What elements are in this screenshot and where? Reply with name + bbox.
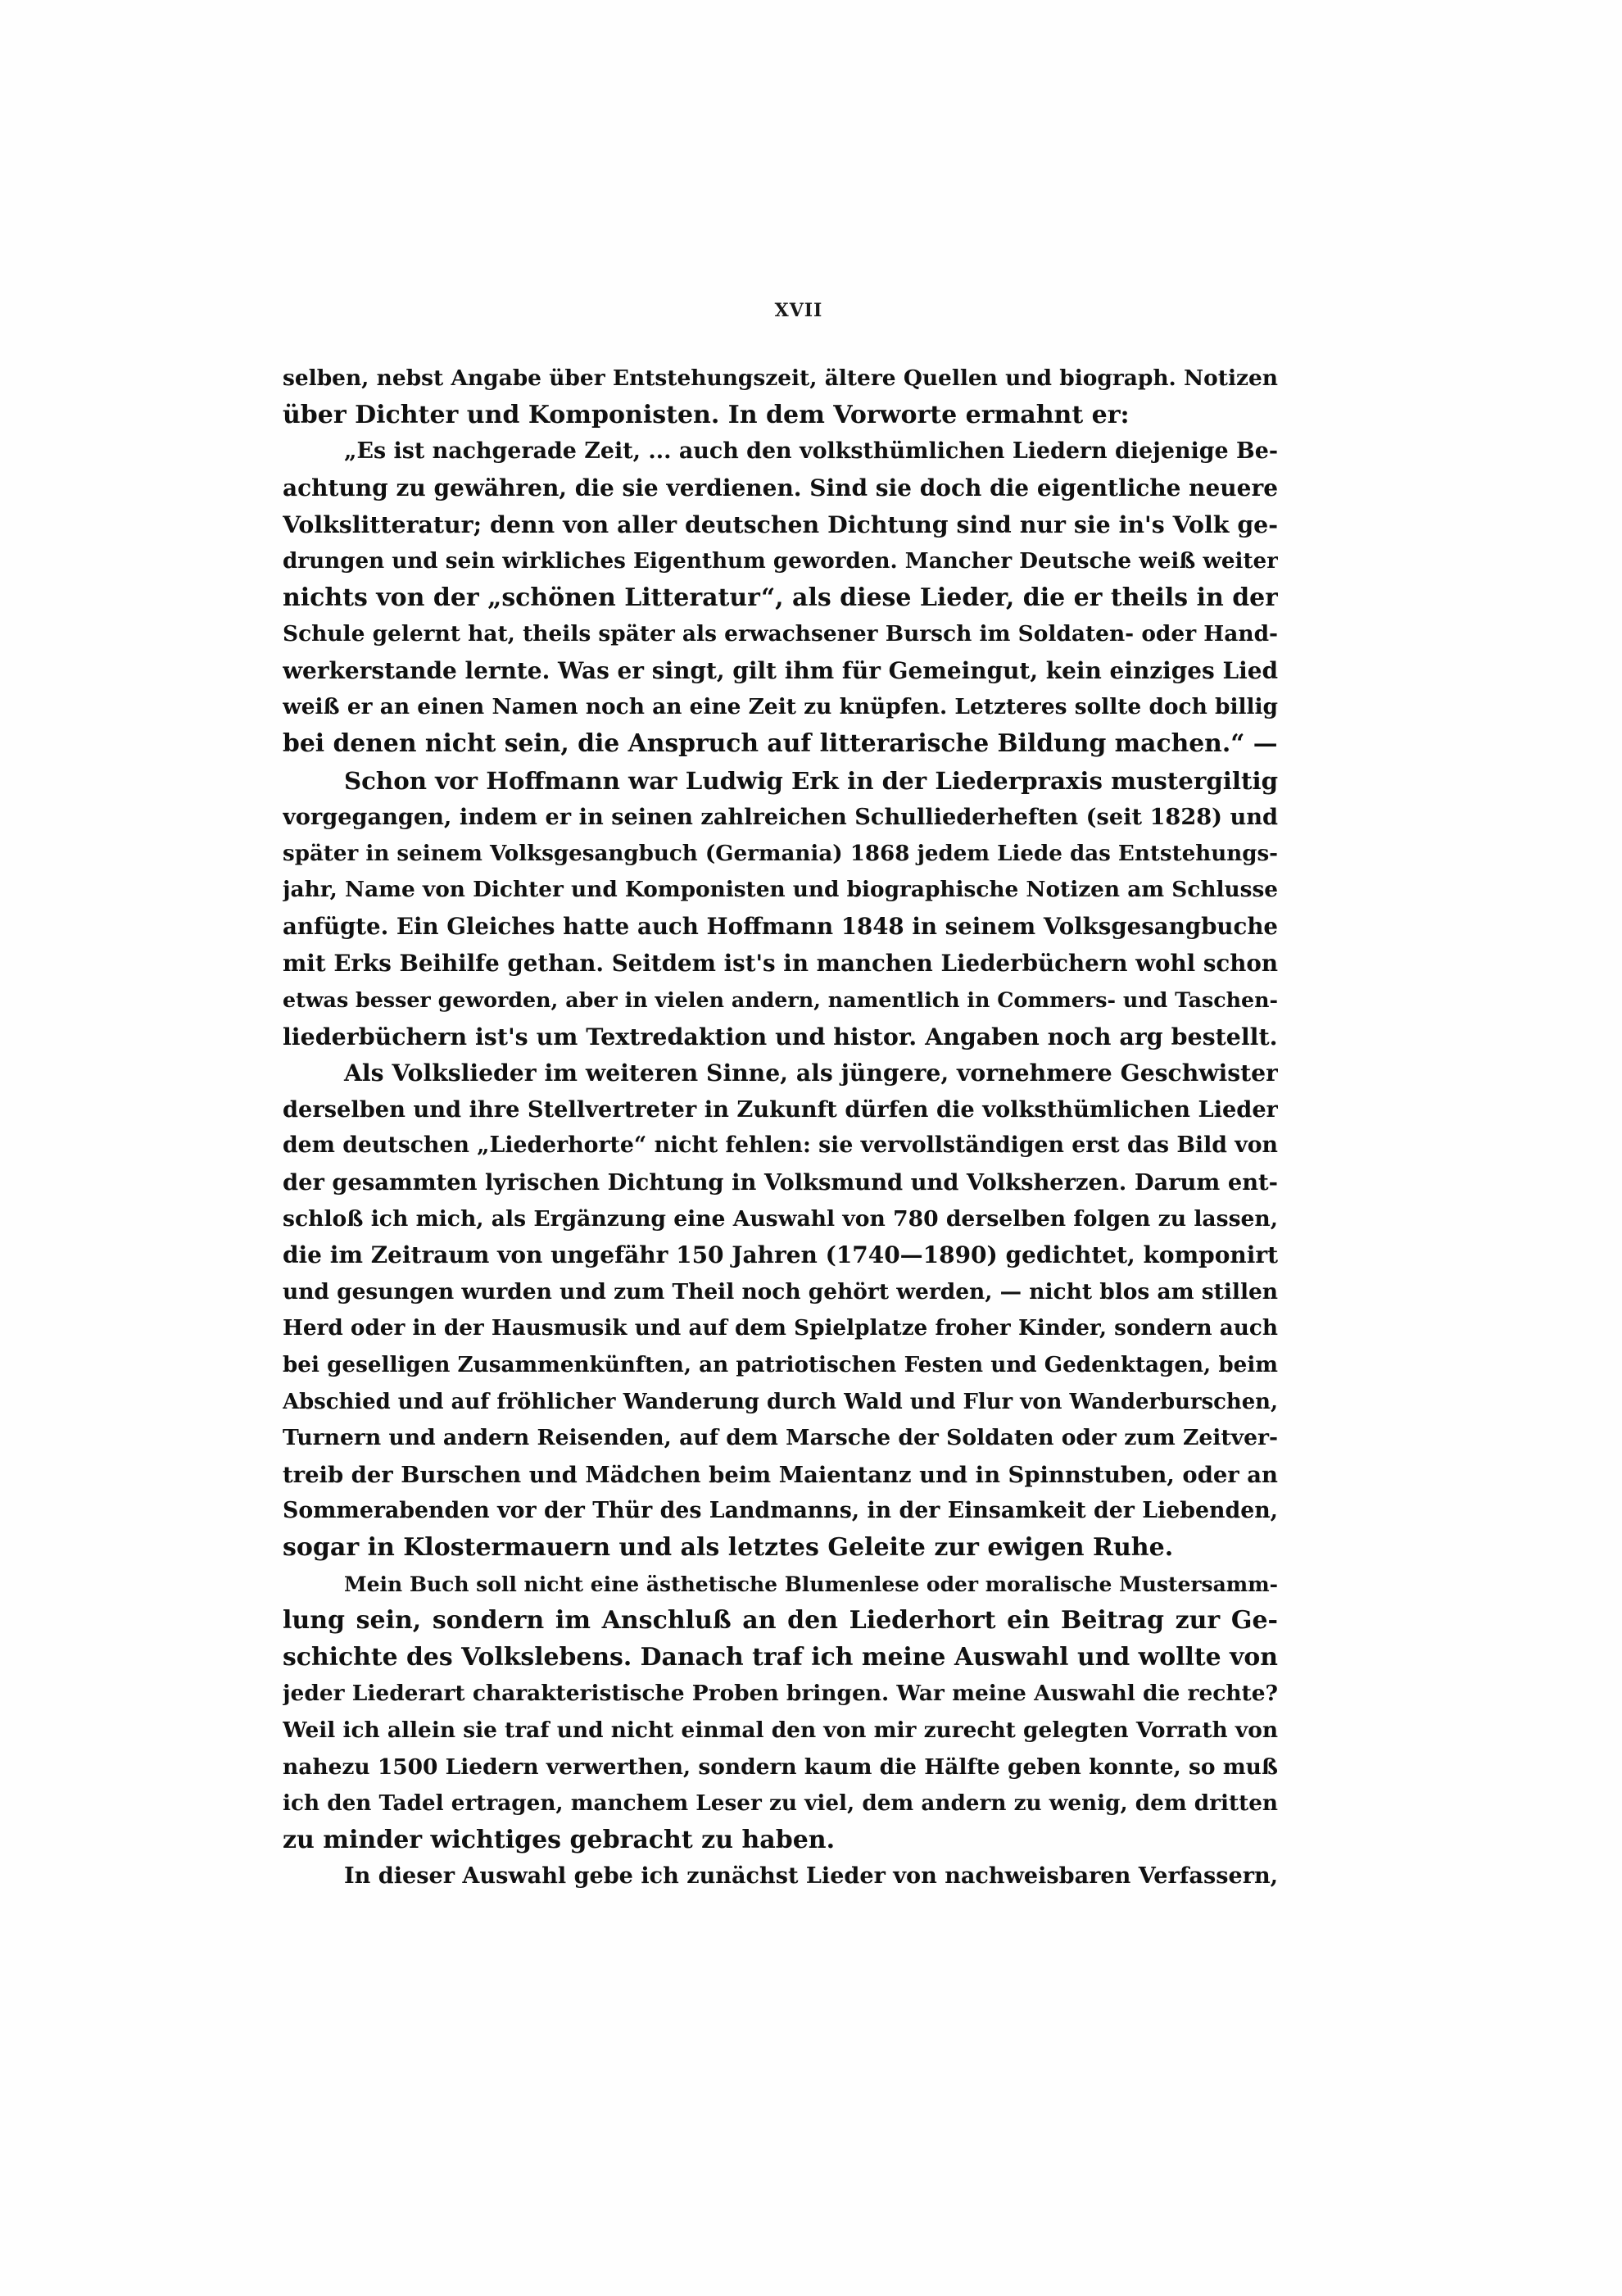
book-page: XVII selben, nebst Angabe über Entstehun… xyxy=(0,0,1622,2296)
text-line: Turnern und andern Reisenden, auf dem Ma… xyxy=(283,1420,1278,1457)
text-line: lung sein, sondern im Anschluß an den Li… xyxy=(283,1603,1278,1640)
text-line: jahr, Name von Dichter und Komponisten u… xyxy=(283,872,1278,909)
text-line: Weil ich allein sie traf und nicht einma… xyxy=(283,1713,1278,1749)
text-line: „Es ist nachgerade Zeit, ... auch den vo… xyxy=(283,433,1278,470)
text-line: zu minder wichtiges gebracht zu haben. xyxy=(283,1822,1278,1859)
text-line: In dieser Auswahl gebe ich zunächst Lied… xyxy=(283,1858,1278,1895)
text-line: Mein Buch soll nicht eine ästhetische Bl… xyxy=(283,1567,1278,1604)
text-line: Volkslitteratur; denn von aller deutsche… xyxy=(283,506,1278,543)
text-line: jeder Liederart charakteristische Proben… xyxy=(283,1676,1278,1713)
page-number: XVII xyxy=(0,300,1597,321)
text-line: Schon vor Hoffmann war Ludwig Erk in der… xyxy=(283,763,1278,800)
text-line: über Dichter und Komponisten. In dem Vor… xyxy=(283,397,1278,434)
text-line: etwas besser geworden, aber in vielen an… xyxy=(283,982,1278,1019)
text-line: Sommerabenden vor der Thür des Landmanns… xyxy=(283,1493,1278,1530)
text-line: achtung zu gewähren, die sie verdienen. … xyxy=(283,470,1278,507)
text-line: nahezu 1500 Liedern verwerthen, sondern … xyxy=(283,1749,1278,1786)
text-line: liederbüchern ist's um Textredaktion und… xyxy=(283,1019,1278,1055)
text-line: Als Volkslieder im weiteren Sinne, als j… xyxy=(283,1055,1278,1091)
text-line: die im Zeitraum von ungefähr 150 Jahren … xyxy=(283,1237,1278,1274)
text-line: nichts von der „schönen Litteratur“, als… xyxy=(283,580,1278,617)
text-line: anfügte. Ein Gleiches hatte auch Hoffman… xyxy=(283,909,1278,946)
text-line: später in seinem Volksgesangbuch (German… xyxy=(283,836,1278,873)
text-line: vorgegangen, indem er in seinen zahlreic… xyxy=(283,799,1278,836)
text-line: der gesammten lyrischen Dichtung in Volk… xyxy=(283,1164,1278,1201)
text-line: dem deutschen „Liederhorte“ nicht fehlen… xyxy=(283,1128,1278,1164)
text-line: mit Erks Beihilfe gethan. Seitdem ist's … xyxy=(283,946,1278,982)
text-line: schloß ich mich, als Ergänzung eine Ausw… xyxy=(283,1201,1278,1238)
text-line: Schule gelernt hat, theils später als er… xyxy=(283,616,1278,653)
text-line: Abschied und auf fröhlicher Wanderung du… xyxy=(283,1384,1278,1421)
text-line: bei geselligen Zusammenkünften, an patri… xyxy=(283,1347,1278,1384)
text-line: treib der Burschen und Mädchen beim Maie… xyxy=(283,1457,1278,1494)
text-line: selben, nebst Angabe über Entstehungszei… xyxy=(283,361,1278,397)
text-line: drungen und sein wirkliches Eigenthum ge… xyxy=(283,543,1278,580)
body-text: selben, nebst Angabe über Entstehungszei… xyxy=(283,361,1278,1895)
text-line: schichte des Volkslebens. Danach traf ic… xyxy=(283,1640,1278,1677)
text-line: und gesungen wurden und zum Theil noch g… xyxy=(283,1274,1278,1311)
text-line: sogar in Klostermauern und als letztes G… xyxy=(283,1530,1278,1567)
text-line: derselben und ihre Stellvertreter in Zuk… xyxy=(283,1091,1278,1128)
text-line: werkerstande lernte. Was er singt, gilt … xyxy=(283,653,1278,690)
text-line: weiß er an einen Namen noch an eine Zeit… xyxy=(283,689,1278,726)
text-line: Herd oder in der Hausmusik und auf dem S… xyxy=(283,1310,1278,1347)
text-line: bei denen nicht sein, die Anspruch auf l… xyxy=(283,726,1278,763)
text-line: ich den Tadel ertragen, manchem Leser zu… xyxy=(283,1786,1278,1822)
